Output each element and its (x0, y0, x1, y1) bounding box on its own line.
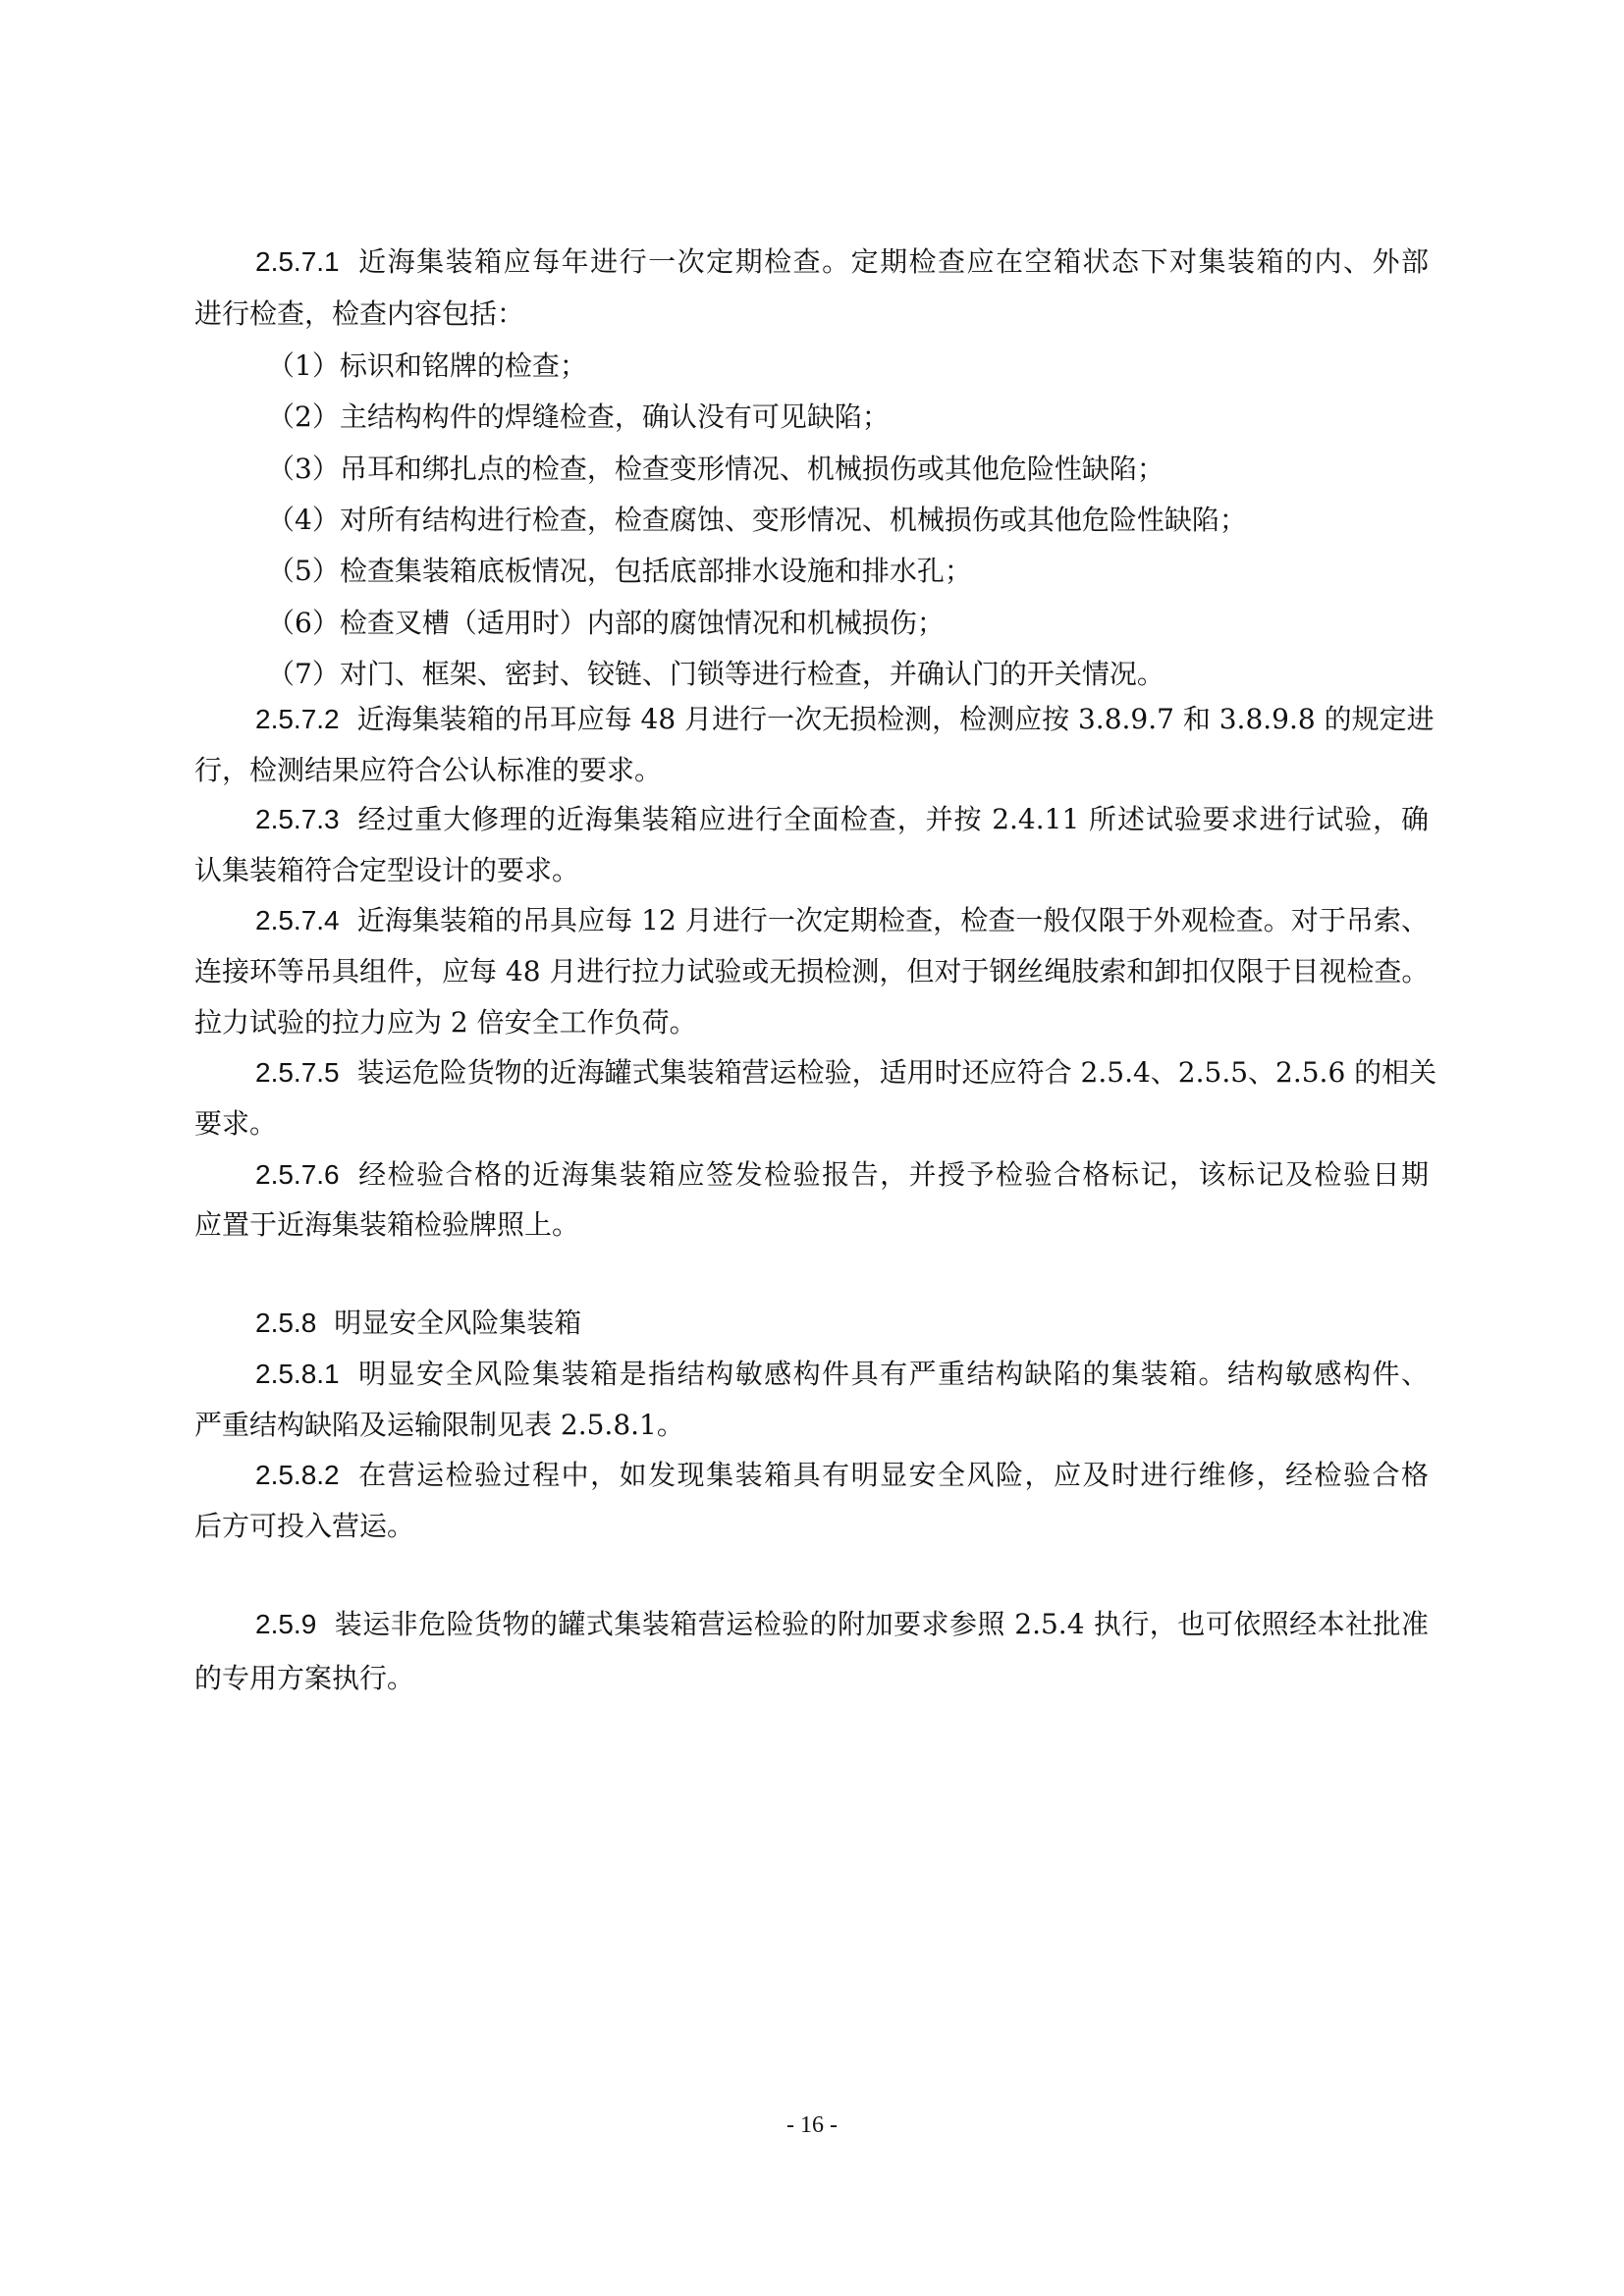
paragraph-2-5-9-line-2: 的专用方案执行。 (194, 1659, 1429, 1698)
paragraph-2-5-8-2-line-2: 后方可投入营运。 (194, 1507, 1429, 1546)
paragraph-2-5-7-1-line-1: 2.5.7.1近海集装箱应每年进行一次定期检查。定期检查应在空箱状态下对集装箱的… (255, 242, 1429, 282)
page-number: - 16 - (0, 2112, 1624, 2139)
paragraph-2-5-7-5-line-2: 要求。 (194, 1104, 1429, 1144)
clause-number: 2.5.7.3 (255, 804, 340, 834)
paragraph-2-5-9-line-1: 2.5.9装运非危险货物的罐式集装箱营运检验的附加要求参照 2.5.4 执行，也… (255, 1605, 1429, 1644)
paragraph-2-5-7-3-line-1: 2.5.7.3经过重大修理的近海集装箱应进行全面检查，并按 2.4.11 所述试… (255, 800, 1429, 839)
paragraph-2-5-7-5-line-1: 2.5.7.5装运危险货物的近海罐式集装箱营运检验，适用时还应符合 2.5.4、… (255, 1053, 1429, 1093)
paragraph-2-5-8-1-line-1: 2.5.8.1明显安全风险集装箱是指结构敏感构件具有严重结构缺陷的集装箱。结构敏… (255, 1355, 1429, 1394)
paragraph-2-5-7-1-line-2: 进行检查，检查内容包括： (194, 294, 1429, 334)
paragraph-2-5-7-4-line-3: 拉力试验的拉力应为 2 倍安全工作负荷。 (194, 1003, 1429, 1042)
clause-number: 2.5.7.5 (255, 1057, 340, 1088)
clause-number: 2.5.8.1 (255, 1359, 340, 1389)
list-item: （4）对所有结构进行检查，检查腐蚀、变形情况、机械损伤或其他危险性缺陷； (267, 501, 1429, 540)
clause-number: 2.5.7.1 (255, 246, 340, 277)
clause-number: 2.5.7.6 (255, 1159, 340, 1190)
list-item: （1）标识和铭牌的检查； (267, 347, 1429, 386)
list-item: （6）检查叉槽（适用时）内部的腐蚀情况和机械损伤； (267, 604, 1429, 643)
paragraph-2-5-7-4-line-2: 连接环等吊具组件，应每 48 月进行拉力试验或无损检测，但对于钢丝绳肢索和卸扣仅… (194, 952, 1429, 991)
clause-number: 2.5.8 (255, 1308, 316, 1338)
paragraph-2-5-8-2-line-1: 2.5.8.2在营运检验过程中，如发现集装箱具有明显安全风险，应及时进行维修，经… (255, 1456, 1429, 1495)
paragraph-2-5-7-4-line-1: 2.5.7.4近海集装箱的吊具应每 12 月进行一次定期检查，检查一般仅限于外观… (255, 901, 1429, 940)
list-item: （3）吊耳和绑扎点的检查，检查变形情况、机械损伤或其他危险性缺陷； (267, 450, 1429, 489)
list-item: （7）对门、框架、密封、铰链、门锁等进行检查，并确认门的开关情况。 (267, 655, 1429, 694)
paragraph-2-5-8-1-line-2: 严重结构缺陷及运输限制见表 2.5.8.1。 (194, 1406, 1429, 1445)
clause-number: 2.5.7.4 (255, 905, 340, 935)
list-item: （5）检查集装箱底板情况，包括底部排水设施和排水孔； (267, 552, 1429, 591)
paragraph-2-5-7-3-line-2: 认集装箱符合定型设计的要求。 (194, 851, 1429, 890)
paragraph-2-5-7-6-line-1: 2.5.7.6经检验合格的近海集装箱应签发检验报告，并授予检验合格标记，该标记及… (255, 1155, 1429, 1195)
paragraph-2-5-7-2-line-1: 2.5.7.2近海集装箱的吊耳应每 48 月进行一次无损检测，检测应按 3.8.… (255, 700, 1429, 739)
clause-number: 2.5.9 (255, 1609, 316, 1639)
paragraph-2-5-7-2-line-2: 行，检测结果应符合公认标准的要求。 (194, 751, 1429, 790)
section-heading-2-5-8: 2.5.8明显安全风险集装箱 (255, 1304, 1429, 1343)
paragraph-2-5-7-6-line-2: 应置于近海集装箱检验牌照上。 (194, 1205, 1429, 1245)
clause-number: 2.5.8.2 (255, 1460, 340, 1490)
list-item: （2）主结构构件的焊缝检查，确认没有可见缺陷； (267, 398, 1429, 437)
clause-number: 2.5.7.2 (255, 704, 340, 734)
